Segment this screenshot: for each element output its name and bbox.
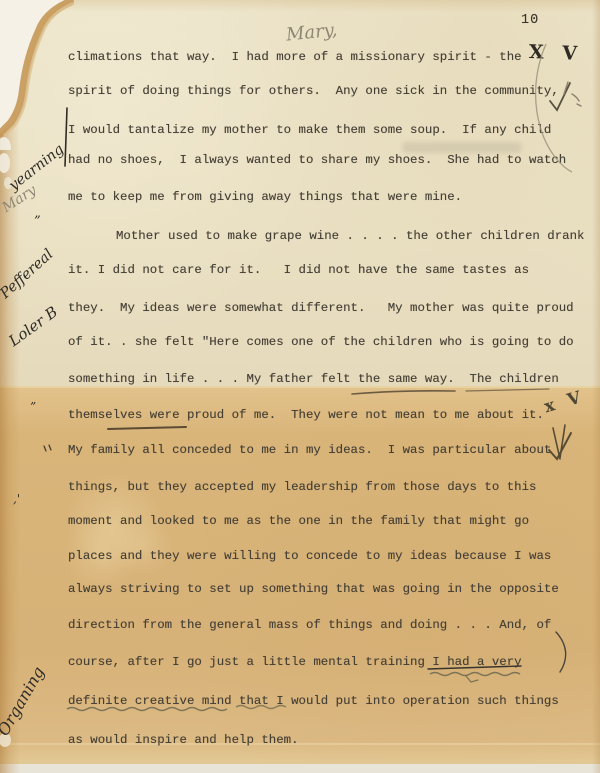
underline-were-proud <box>108 427 186 429</box>
ink-paragraph-bar <box>65 108 67 166</box>
pencil-underline-same-way <box>352 391 455 394</box>
wavy-underline-definite-creative <box>67 708 227 711</box>
scanned-typescript-page: 10 climations that way. I had more of a … <box>0 0 600 773</box>
wavy-underline-i-had-a-very <box>430 673 520 676</box>
pencil-underline-the-children <box>466 389 549 391</box>
pencil-marks-layer <box>0 0 600 773</box>
ink-speck-marks <box>44 445 51 451</box>
check-cross-strokes <box>553 425 565 459</box>
ink-paren-mark <box>556 632 566 672</box>
pencil-bracket-right <box>536 44 572 172</box>
wavy-underline-mind <box>236 706 286 709</box>
wavy-underline-hook <box>466 676 478 682</box>
underline-i-had-a-very <box>428 666 521 669</box>
pencil-tick-marks <box>564 82 581 106</box>
